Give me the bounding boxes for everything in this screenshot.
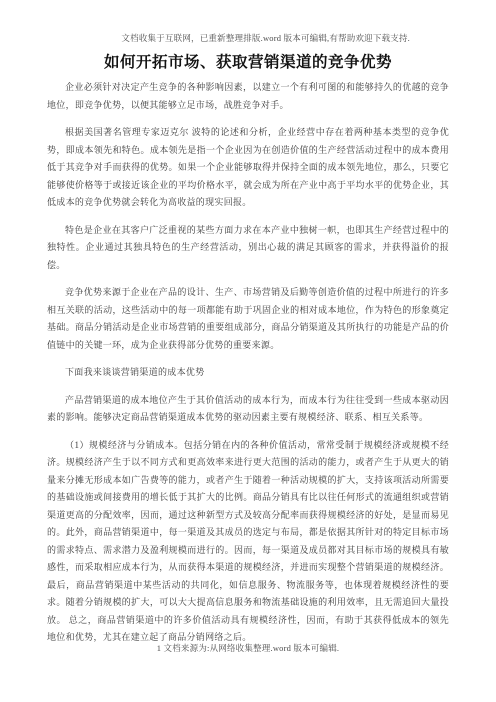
document-body: 企业必须针对决定产生竞争的各种影响因素，以建立一个有利可图的和能够持久的优越的竞… bbox=[47, 79, 449, 657]
page-title: 如何开拓市场、获取营销渠道的竞争优势 bbox=[0, 52, 496, 74]
header-note: 文档收集于互联网，已重新整理排版.word 版本可编辑,有帮助欢迎下载支持. bbox=[0, 32, 410, 44]
paragraph-scale-economy: （1）规模经济与分销成本。包括分销在内的各种价值活动，常常受制于规模经济或规模不… bbox=[47, 437, 449, 647]
paragraph-porter-analysis: 根据美国著名管理专家迈克尔 波特的论述和分析，企业经营中存在着两种基本类型的竞争… bbox=[47, 124, 449, 212]
paragraph-differentiation: 特色是企业在其客户广泛重视的某些方面力求在本产业中独树一帜，也即其生产经营过程中… bbox=[47, 222, 449, 275]
paragraph-cost-drivers: 产品营销渠道的成本地位产生于其价值活动的成本行为，而成本行为往往受到一些成本驱动… bbox=[47, 392, 449, 427]
document-page: 文档收集于互联网，已重新整理排版.word 版本可编辑,有帮助欢迎下载支持. 如… bbox=[0, 0, 496, 702]
paragraph-value-chain: 竞争优势来源于企业在产品的设计、生产、市场营销及后勤等创造价值的过程中所进行的许… bbox=[47, 284, 449, 354]
section-lead-line: 下面我来谈谈营销渠道的成本优势 bbox=[47, 364, 449, 382]
footer-note: 1 文档来源为:从网络收集整理.word 版本可编辑. bbox=[0, 642, 496, 654]
paragraph-intro: 企业必须针对决定产生竞争的各种影响因素，以建立一个有利可图的和能够持久的优越的竞… bbox=[47, 79, 449, 114]
